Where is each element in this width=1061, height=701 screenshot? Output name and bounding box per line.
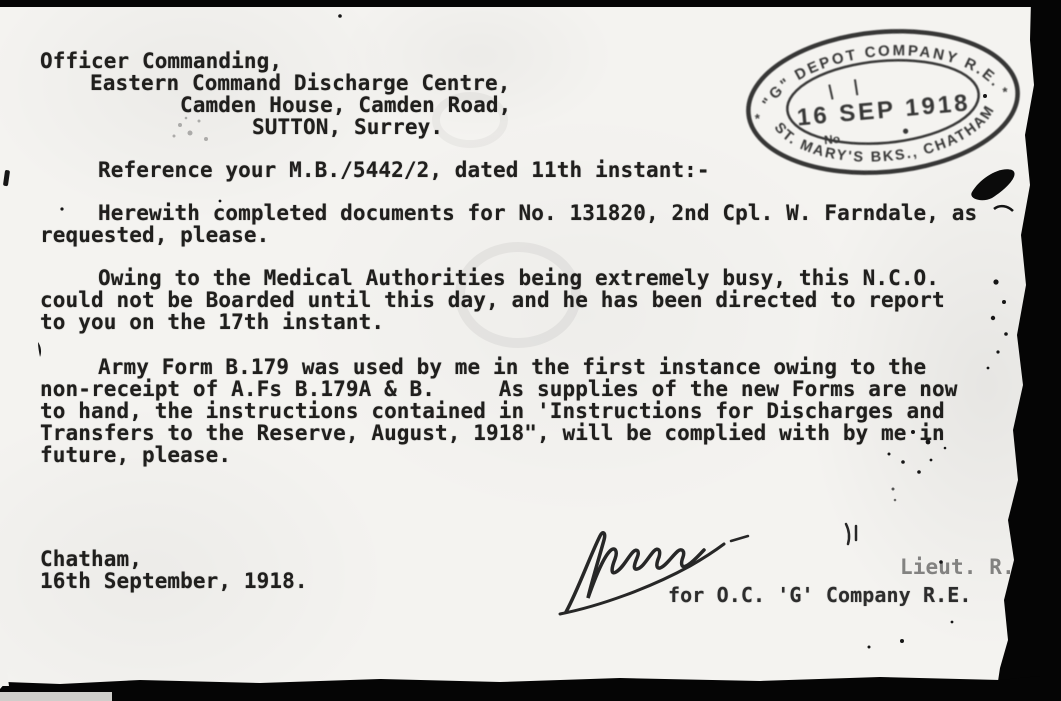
scanned-letter-page: Officer Commanding, Eastern Command Disc… bbox=[0, 0, 1061, 701]
signature-rank-line: Lieut. R.E. bbox=[900, 556, 1040, 578]
scan-edge-right bbox=[995, 0, 1061, 701]
address-line: SUTTON, Surrey. bbox=[252, 116, 977, 138]
address-line: Eastern Command Discharge Centre, bbox=[90, 72, 977, 94]
scan-edge-top bbox=[0, 0, 1061, 7]
signature-for-line: for O.C. 'G' Company R.E. bbox=[668, 584, 972, 606]
body-line: non-receipt of A.Fs B.179A & B. As suppl… bbox=[40, 378, 977, 400]
body-line: Transfers to the Reserve, August, 1918",… bbox=[40, 422, 977, 444]
body-line: to you on the 17th instant. bbox=[40, 311, 977, 333]
address-line: Officer Commanding, bbox=[40, 50, 977, 72]
body-line: to hand, the instructions contained in '… bbox=[40, 400, 977, 422]
letter-body: Officer Commanding, Eastern Command Disc… bbox=[40, 50, 977, 592]
scan-edge-sliver bbox=[0, 622, 9, 686]
scan-edge-bottom bbox=[0, 676, 1061, 701]
body-line: future, please. bbox=[40, 444, 977, 466]
place-line: Chatham, bbox=[40, 548, 977, 570]
body-line: Herewith completed documents for No. 131… bbox=[98, 202, 977, 224]
body-line: Army Form B.179 was used by me in the fi… bbox=[98, 356, 977, 378]
body-line: could not be Boarded until this day, and… bbox=[40, 289, 977, 311]
address-line: Camden House, Camden Road, bbox=[180, 94, 977, 116]
body-line: requested, please. bbox=[40, 224, 977, 246]
scan-strip-bottom-left bbox=[0, 692, 112, 701]
stamp-right-separator-icon: * bbox=[1002, 84, 1009, 99]
ink-squiggle bbox=[994, 206, 1013, 211]
ink-blotch bbox=[971, 169, 1014, 200]
reference-line: Reference your M.B./5442/2, dated 11th i… bbox=[98, 159, 977, 181]
body-line: Owing to the Medical Authorities being e… bbox=[98, 267, 977, 289]
